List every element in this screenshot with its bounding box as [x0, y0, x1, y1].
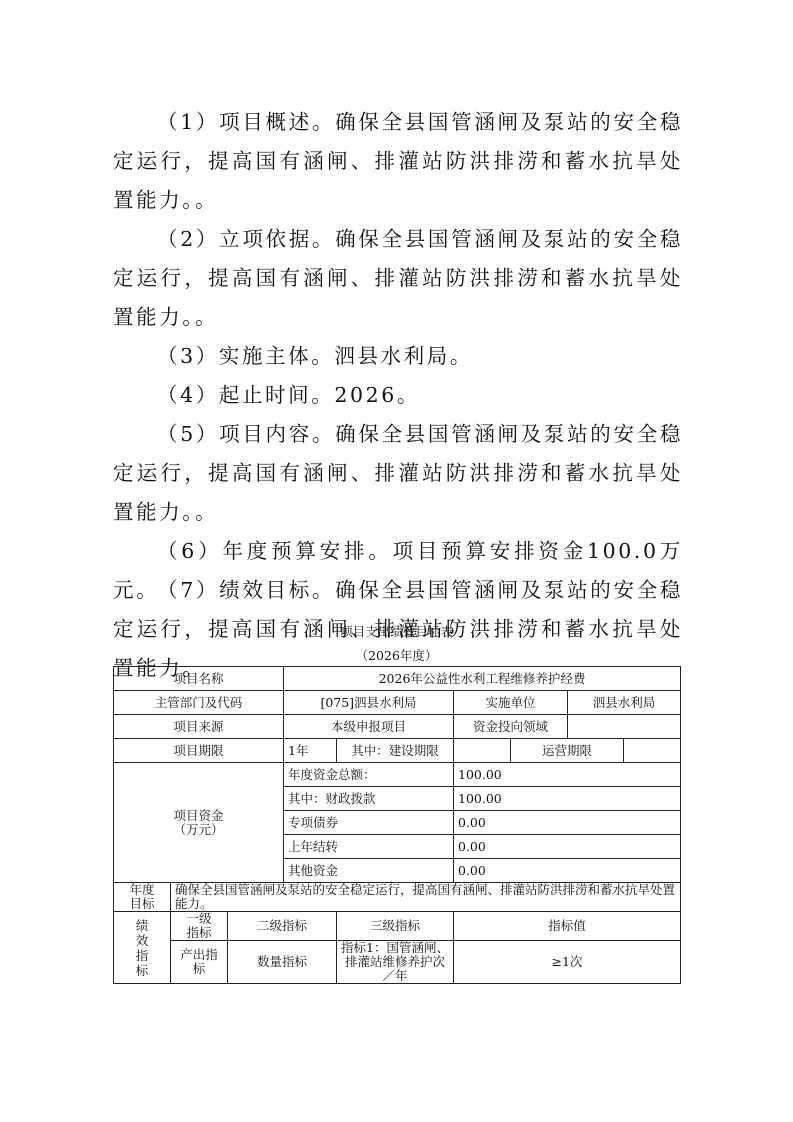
funds-item-label: 上年结转: [284, 835, 454, 859]
funds-label-cell: 项目资金 （万元）: [114, 763, 284, 883]
project-name-label: 项目名称: [114, 667, 284, 691]
level2-header: 二级指标: [228, 912, 337, 941]
source-label: 项目来源: [114, 715, 284, 739]
funds-item-value: 100.00: [454, 787, 681, 811]
indicator-level3: 指标1：国管涵闸、排灌站维修养护次／年: [337, 941, 454, 984]
operate-period-label: 运营期限: [511, 739, 624, 763]
funds-item-label: 其中：财政拨款: [284, 787, 454, 811]
period-value: 1年: [284, 739, 337, 763]
level1-header: 一级指标: [171, 912, 228, 941]
row-project-name: 项目名称 2026年公益性水利工程维修养护经费: [114, 667, 681, 691]
funds-item-value: 0.00: [454, 835, 681, 859]
value-header: 指标值: [454, 912, 681, 941]
annual-goal-value: 确保全县国管涵闸及泵站的安全稳定运行，提高国有涵闸、排灌站防洪排涝和蓄水抗旱处置…: [171, 883, 681, 912]
row-indicator: 产出指标 数量指标 指标1：国管涵闸、排灌站维修养护次／年 ≥1次: [114, 941, 681, 984]
paragraph-implementer: （3）实施主体。泗县水利局。: [113, 337, 683, 376]
build-period-value: [454, 739, 511, 763]
table-subtitle: （2026年度）: [0, 646, 793, 664]
row-funds-total: 项目资金 （万元） 年度资金总额： 100.00: [114, 763, 681, 787]
impl-unit-value: 泗县水利局: [568, 691, 681, 715]
paragraph-basis: （2）立项依据。确保全县国管涵闸及泵站的安全稳定运行，提高国有涵闸、排灌站防洪排…: [113, 220, 683, 337]
invest-field-value: [568, 715, 681, 739]
invest-field-label: 资金投向领域: [454, 715, 568, 739]
impl-unit-label: 实施单位: [454, 691, 568, 715]
paragraph-overview: （1）项目概述。确保全县国管涵闸及泵站的安全稳定运行，提高国有涵闸、排灌站防洪排…: [113, 103, 683, 220]
row-department: 主管部门及代码 [075]泗县水利局 实施单位 泗县水利局: [114, 691, 681, 715]
period-label: 项目期限: [114, 739, 284, 763]
row-source: 项目来源 本级申报项目 资金投向领域: [114, 715, 681, 739]
funds-item-label: 专项债券: [284, 811, 454, 835]
paragraph-period: （4）起止时间。2026。: [113, 376, 683, 415]
funds-item-value: 0.00: [454, 811, 681, 835]
project-name-value: 2026年公益性水利工程维修养护经费: [284, 667, 681, 691]
paragraph-content: （5）项目内容。确保全县国管涵闸及泵站的安全稳定运行，提高国有涵闸、排灌站防洪排…: [113, 415, 683, 532]
level3-header: 三级指标: [337, 912, 454, 941]
indicator-level2: 数量指标: [228, 941, 337, 984]
build-period-label: 其中：建设期限: [337, 739, 454, 763]
funds-item-value: 100.00: [454, 763, 681, 787]
dept-value: [075]泗县水利局: [284, 691, 454, 715]
funds-unit: （万元）: [118, 823, 279, 837]
table-title: 项目支出绩效目标表: [0, 622, 793, 640]
row-annual-goal: 年度 目标 确保全县国管涵闸及泵站的安全稳定运行，提高国有涵闸、排灌站防洪排涝和…: [114, 883, 681, 912]
indicator-level1: 产出指标: [171, 941, 228, 984]
row-period: 项目期限 1年 其中：建设期限 运营期限: [114, 739, 681, 763]
row-indicator-header: 绩效指标 一级指标 二级指标 三级指标 指标值: [114, 912, 681, 941]
annual-goal-label-line2: 目标: [118, 897, 166, 911]
indicator-value: ≥1次: [454, 941, 681, 984]
funds-label: 项目资金: [118, 809, 279, 823]
funds-item-label: 其他资金: [284, 859, 454, 883]
operate-period-value: [624, 739, 681, 763]
funds-item-label: 年度资金总额：: [284, 763, 454, 787]
funds-item-value: 0.00: [454, 859, 681, 883]
dept-label: 主管部门及代码: [114, 691, 284, 715]
source-value: 本级申报项目: [284, 715, 454, 739]
annual-goal-label-line1: 年度: [118, 883, 166, 897]
annual-goal-label: 年度 目标: [114, 883, 171, 912]
performance-target-table: 项目名称 2026年公益性水利工程维修养护经费 主管部门及代码 [075]泗县水…: [113, 666, 681, 984]
indicators-label: 绩效指标: [114, 912, 171, 984]
